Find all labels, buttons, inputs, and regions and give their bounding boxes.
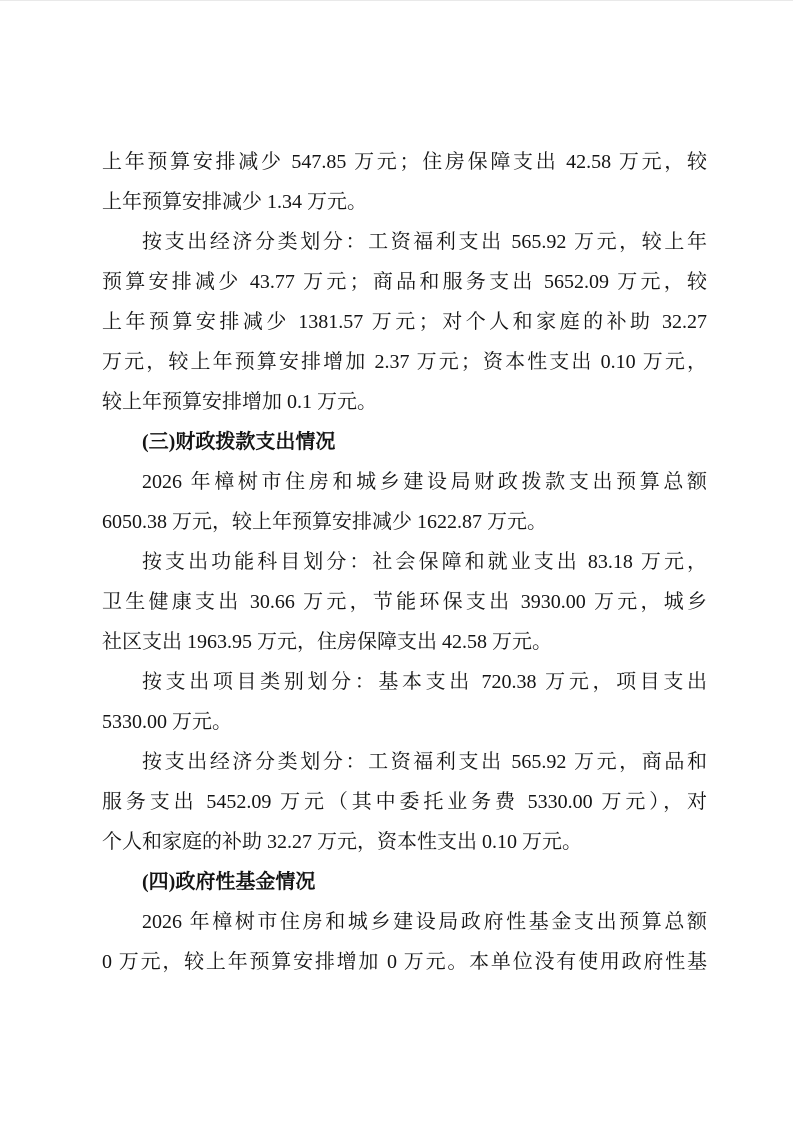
text-line: 预算安排减少 43.77 万元；商品和服务支出 5652.09 万元，较	[102, 262, 707, 302]
text-line: 2026 年樟树市住房和城乡建设局政府性基金支出预算总额	[102, 902, 707, 942]
section-heading: (三)财政拨款支出情况	[102, 422, 707, 462]
page-top-edge	[0, 0, 793, 1]
document-page: 上年预算安排减少 547.85 万元；住房保障支出 42.58 万元，较上年预算…	[0, 0, 793, 1122]
text-line: 社区支出 1963.95 万元，住房保障支出 42.58 万元。	[102, 622, 707, 662]
section-heading: (四)政府性基金情况	[102, 862, 707, 902]
text-line: 上年预算安排减少 1.34 万元。	[102, 182, 707, 222]
text-line: 0 万元，较上年预算安排增加 0 万元。本单位没有使用政府性基	[102, 942, 707, 982]
text-line: 上年预算安排减少 1381.57 万元；对个人和家庭的补助 32.27	[102, 302, 707, 342]
text-line: 按支出经济分类划分：工资福利支出 565.92 万元，较上年	[102, 222, 707, 262]
text-line: 6050.38 万元，较上年预算安排减少 1622.87 万元。	[102, 502, 707, 542]
text-line: 个人和家庭的补助 32.27 万元，资本性支出 0.10 万元。	[102, 822, 707, 862]
text-line: 卫生健康支出 30.66 万元，节能环保支出 3930.00 万元，城乡	[102, 582, 707, 622]
text-line: 按支出功能科目划分：社会保障和就业支出 83.18 万元，	[102, 542, 707, 582]
text-line: 按支出项目类别划分：基本支出 720.38 万元，项目支出	[102, 662, 707, 702]
document-body: 上年预算安排减少 547.85 万元；住房保障支出 42.58 万元，较上年预算…	[102, 142, 707, 982]
text-line: 5330.00 万元。	[102, 702, 707, 742]
text-line: 服务支出 5452.09 万元（其中委托业务费 5330.00 万元），对	[102, 782, 707, 822]
text-line: 上年预算安排减少 547.85 万元；住房保障支出 42.58 万元，较	[102, 142, 707, 182]
text-line: 2026 年樟树市住房和城乡建设局财政拨款支出预算总额	[102, 462, 707, 502]
text-line: 较上年预算安排增加 0.1 万元。	[102, 382, 707, 422]
text-line: 按支出经济分类划分：工资福利支出 565.92 万元，商品和	[102, 742, 707, 782]
text-line: 万元，较上年预算安排增加 2.37 万元；资本性支出 0.10 万元，	[102, 342, 707, 382]
